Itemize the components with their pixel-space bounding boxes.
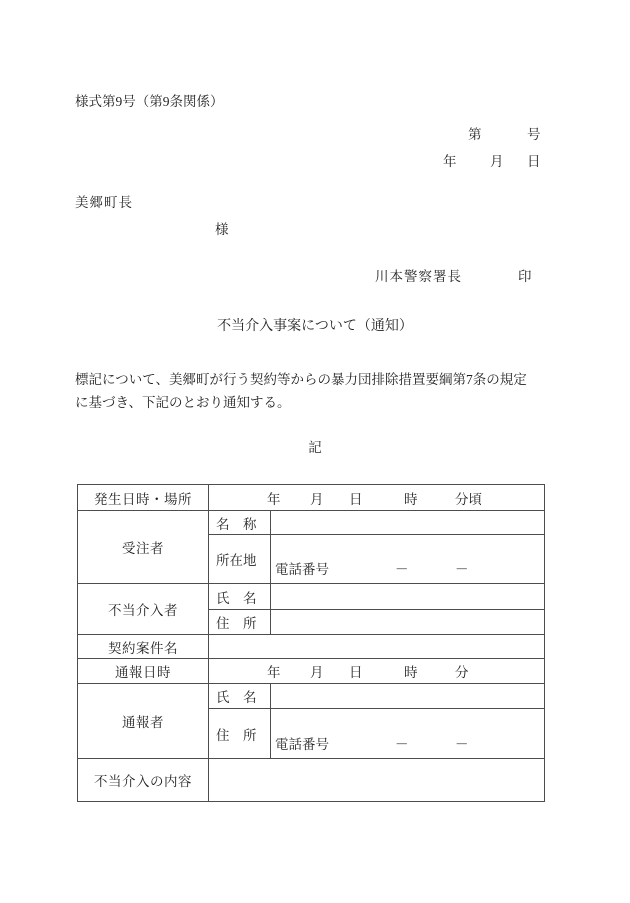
recipient-name: 美郷町長 — [75, 191, 133, 211]
occurrence-hour-unit: 時 — [404, 488, 418, 508]
reporter-phone-dash-1: － — [395, 733, 409, 753]
occurrence-month-unit: 月 — [310, 488, 324, 508]
date-year-label: 年 — [443, 150, 457, 170]
date-month-label: 月 — [490, 150, 504, 170]
contractor-address-value-cell: 電話番号 － － — [271, 535, 545, 584]
table-row: 通報日時 年 月 日 時 分 — [78, 659, 545, 684]
intervention-content-label: 不当介入の内容 — [78, 759, 209, 802]
doc-number-suffix: 号 — [527, 123, 541, 143]
table-row: 発生日時・場所 年 月 日 時 分頃 — [78, 485, 545, 511]
recipient-honorific: 様 — [215, 218, 229, 238]
notification-form-table: 発生日時・場所 年 月 日 時 分頃 受注者 名 称 所在地 電話番号 － － — [77, 484, 545, 802]
table-row: 受注者 名 称 — [78, 511, 545, 535]
table-row: 不当介入の内容 — [78, 759, 545, 802]
report-datetime-cell: 年 月 日 時 分 — [209, 659, 545, 684]
doc-number-prefix: 第 — [468, 123, 482, 143]
report-day-unit: 日 — [349, 661, 363, 681]
report-hour-unit: 時 — [404, 661, 418, 681]
report-year-unit: 年 — [267, 661, 281, 681]
sender-name: 川本警察署長 — [375, 265, 462, 285]
contractor-phone-label: 電話番号 — [275, 558, 329, 578]
intervener-label: 不当介入者 — [78, 584, 209, 635]
reporter-address-value-cell: 電話番号 － － — [271, 709, 545, 759]
reporter-address-label: 住 所 — [209, 709, 271, 759]
occurrence-day-unit: 日 — [349, 488, 363, 508]
table-row: 通報者 氏 名 — [78, 684, 545, 709]
intervener-address-value-cell — [271, 610, 545, 635]
contract-name-value-cell — [209, 635, 545, 659]
reporter-phone-dash-2: － — [455, 733, 469, 753]
reporter-name-label: 氏 名 — [209, 684, 271, 709]
date-day-label: 日 — [527, 150, 541, 170]
contractor-phone-dash-1: － — [395, 558, 409, 578]
contractor-label: 受注者 — [78, 511, 209, 584]
table-row: 不当介入者 氏 名 — [78, 584, 545, 610]
reporter-phone-line: 電話番号 － － — [275, 733, 544, 751]
intervener-name-label: 氏 名 — [209, 584, 271, 610]
intervention-content-value-cell — [209, 759, 545, 802]
occurrence-label: 発生日時・場所 — [78, 485, 209, 511]
body-line-1: 標記について、美郷町が行う契約等からの暴力団排除措置要綱第7条の規定 — [75, 368, 557, 391]
report-datetime-label: 通報日時 — [78, 659, 209, 684]
table-row: 契約案件名 — [78, 635, 545, 659]
ki-heading: 記 — [0, 436, 630, 456]
body-line-2: に基づき、下記のとおり通知する。 — [75, 391, 557, 414]
document-page: 様式第9号（第9条関係） 第 号 年 月 日 美郷町長 様 川本警察署長 印 不… — [0, 0, 630, 903]
intervener-name-value-cell — [271, 584, 545, 610]
contractor-address-label: 所在地 — [209, 535, 271, 584]
contract-name-label: 契約案件名 — [78, 635, 209, 659]
intervener-address-label: 住 所 — [209, 610, 271, 635]
body-paragraph: 標記について、美郷町が行う契約等からの暴力団排除措置要綱第7条の規定 に基づき、… — [75, 368, 557, 414]
occurrence-datetime-cell: 年 月 日 時 分頃 — [209, 485, 545, 511]
form-number-label: 様式第9号（第9条関係） — [75, 90, 224, 110]
reporter-name-value-cell — [271, 684, 545, 709]
contractor-name-label: 名 称 — [209, 511, 271, 535]
report-minute-unit: 分 — [455, 661, 469, 681]
contractor-name-value-cell — [271, 511, 545, 535]
contractor-phone-line: 電話番号 － － — [275, 558, 544, 576]
seal-mark: 印 — [518, 265, 532, 285]
occurrence-year-unit: 年 — [267, 488, 281, 508]
reporter-phone-label: 電話番号 — [275, 733, 329, 753]
reporter-label: 通報者 — [78, 684, 209, 759]
report-month-unit: 月 — [310, 661, 324, 681]
occurrence-minute-unit: 分頃 — [455, 488, 482, 508]
contractor-phone-dash-2: － — [455, 558, 469, 578]
document-title: 不当介入事案について（通知） — [0, 315, 630, 335]
